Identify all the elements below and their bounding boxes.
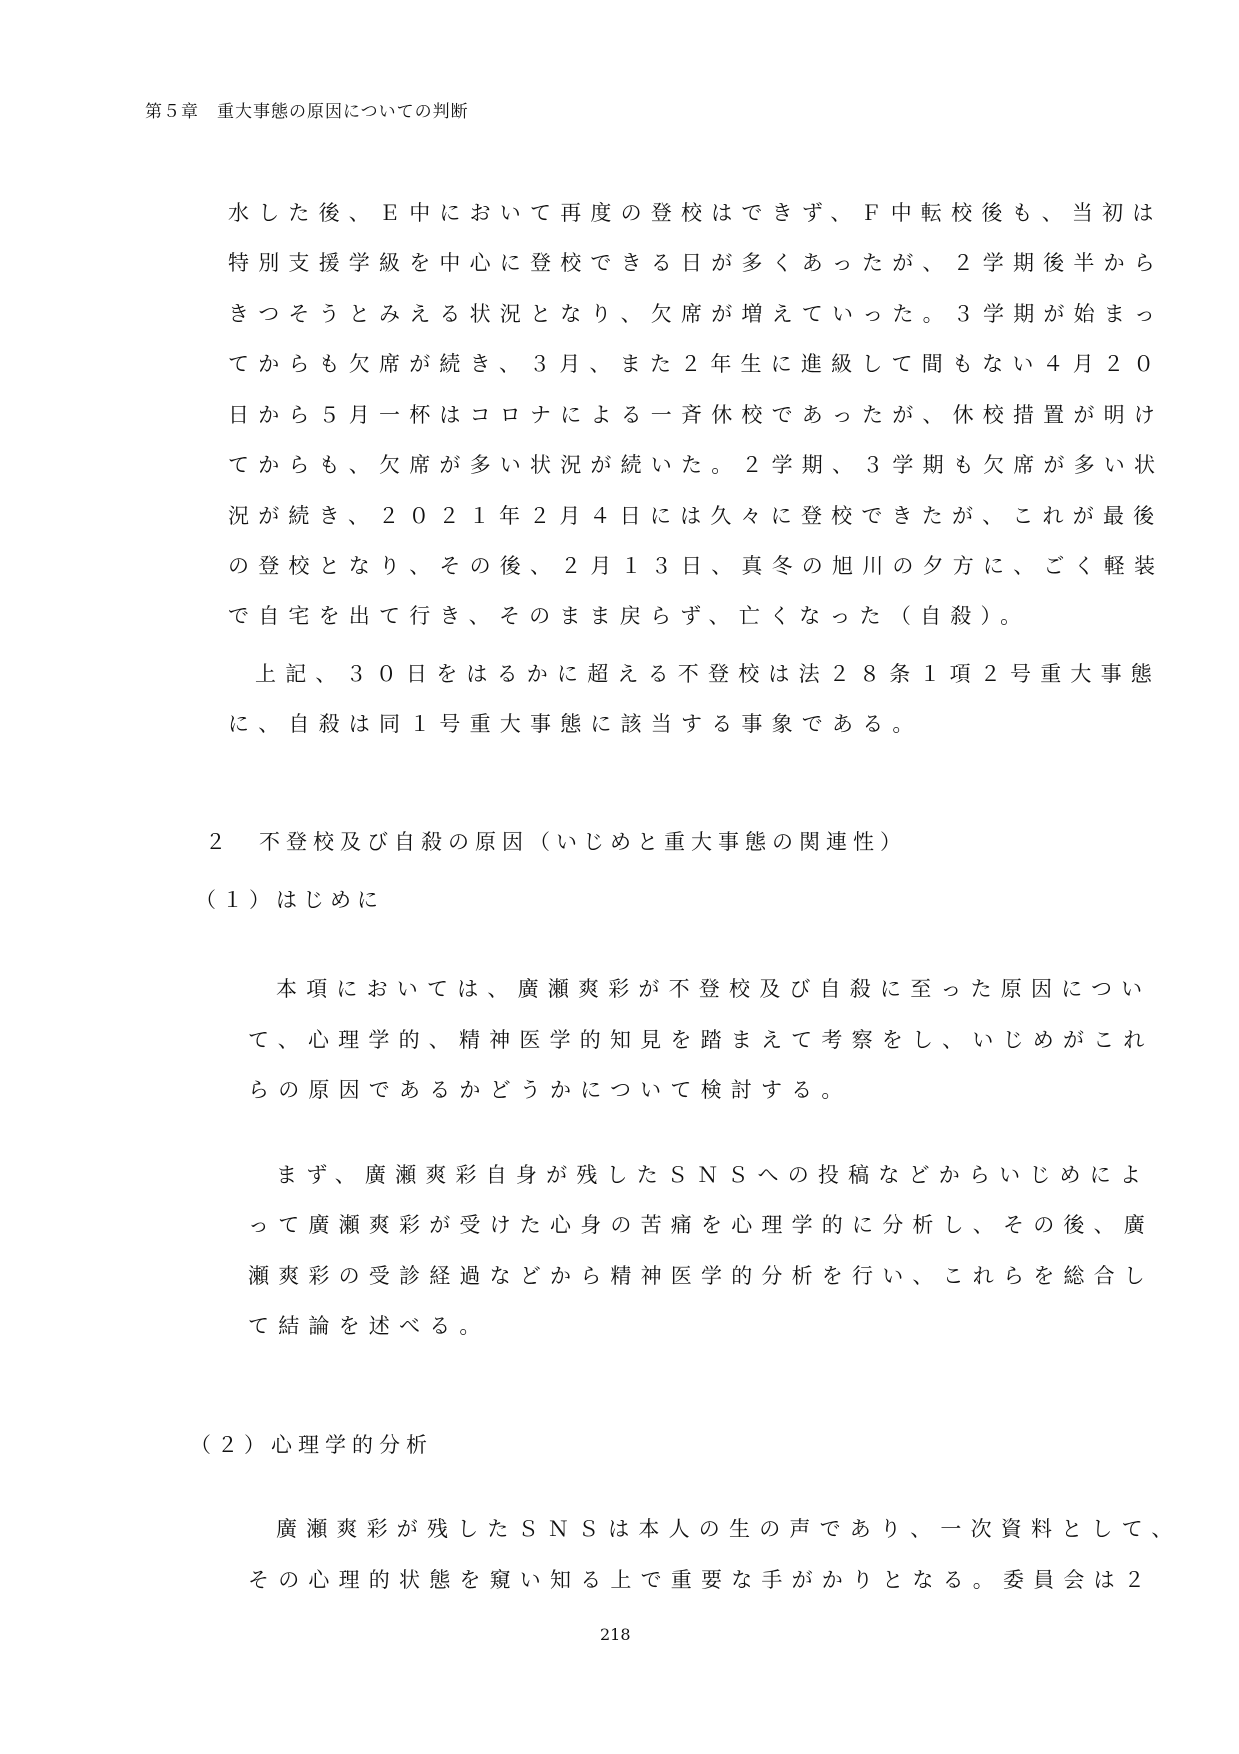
section-heading-2: ２ 不登校及び自殺の原因（いじめと重大事態の関連性） [205,832,907,853]
subsection-heading-2: （２）心理学的分析 [190,1435,433,1456]
text-line: まず、廣瀬爽彩自身が残したＳＮＳへの投稿などからいじめによ [276,1165,1150,1186]
text-line: その心理的状態を窺い知る上で重要な手がかりとなる。委員会は２ [248,1570,1154,1591]
text-line: 廣瀬爽彩が残したＳＮＳは本人の生の声であり、一次資料として、 [276,1519,1182,1540]
text-line: 況が続き、２０２１年２月４日には久々に登校できたが、これが最後 [228,506,1163,527]
text-line: て結論を述べる。 [248,1316,490,1337]
text-line: 瀬爽彩の受診経過などから精神医学的分析を行い、これらを総合し [248,1266,1154,1287]
subsection-heading-1: （１）はじめに [195,890,384,911]
text-line: 本項においては、廣瀬爽彩が不登校及び自殺に至った原因につい [276,979,1151,1000]
text-line: て、心理学的、精神医学的知見を踏まえて考察をし、いじめがこれ [248,1030,1154,1051]
text-line: の登校となり、その後、２月１３日、真冬の旭川の夕方に、ごく軽装 [228,556,1164,577]
text-line: 特別支援学級を中心に登校できる日が多くあったが、２学期後半から [228,253,1164,274]
text-line: 上記、３０日をはるかに超える不登校は法２８条１項２号重大事態 [255,664,1161,685]
text-line: てからも欠席が続き、３月、また２年生に進級して間もない４月２０ [228,354,1163,375]
text-line: 日から５月一杯はコロナによる一斉休校であったが、休校措置が明け [228,405,1164,426]
text-line: らの原因であるかどうかについて検討する。 [248,1080,852,1101]
text-line: って廣瀬爽彩が受けた心身の苦痛を心理学的に分析し、その後、廣 [248,1215,1154,1236]
text-line: 水した後、Ｅ中において再度の登校はできず、Ｆ中転校後も、当初は [228,203,1163,224]
running-header: 第５章 重大事態の原因についての判断 [145,97,469,122]
text-line: てからも、欠席が多い状況が続いた。２学期、３学期も欠席が多い状 [228,455,1164,476]
text-line: に、自殺は同１号重大事態に該当する事象である。 [228,714,923,735]
text-line: で自宅を出て行き、そのまま戻らず、亡くなった（自殺）。 [228,606,1030,627]
page-number: 218 [600,1625,631,1644]
text-line: きつそうとみえる状況となり、欠席が増えていった。３学期が始まっ [228,304,1164,325]
